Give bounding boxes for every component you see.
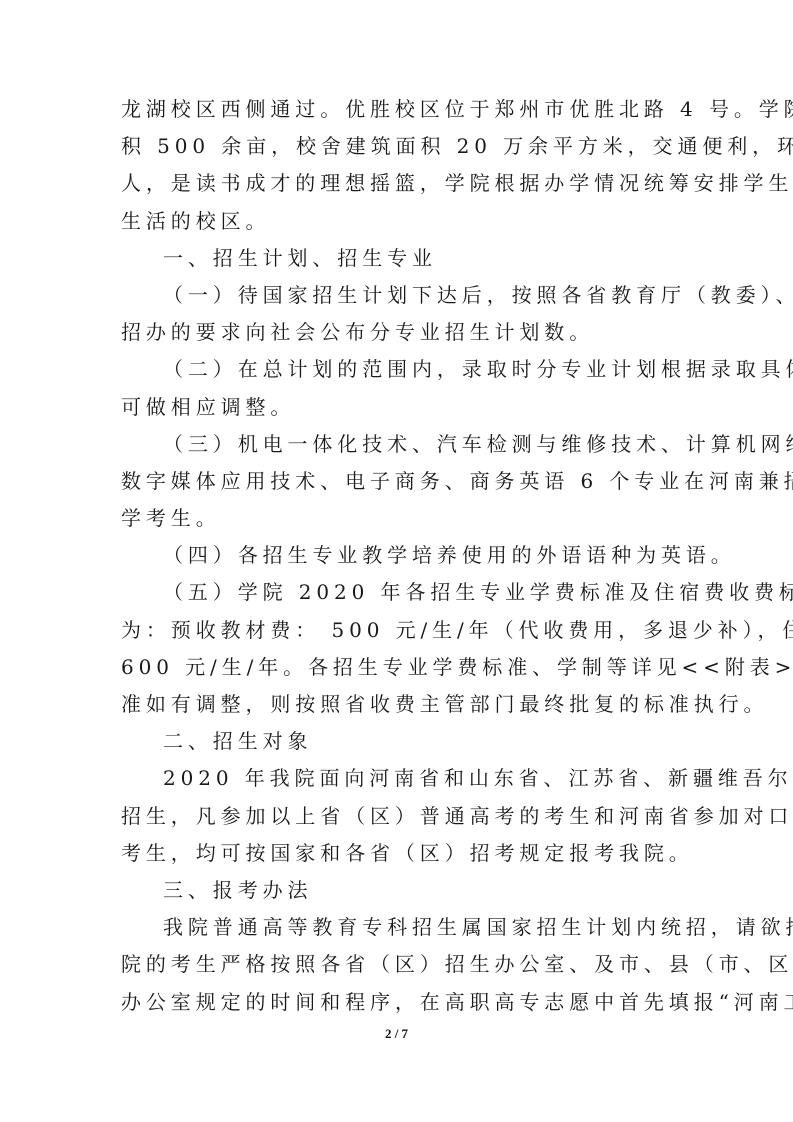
text-line: 我院普通高等教育专科招生属国家招生计划内统招，请欲报考我 <box>121 909 675 946</box>
document-body: 龙湖校区西侧通过。优胜校区位于郑州市优胜北路 4 号。学院占地面积 500 余亩… <box>121 91 675 1021</box>
text-line: （四）各招生专业教学培养使用的外语语种为英语。 <box>121 537 675 574</box>
text-line: 积 500 余亩，校舍建筑面积 20 万余平方米，交通便利，环境优美怡 <box>121 128 675 165</box>
text-line: 招生，凡参加以上省（区）普通高考的考生和河南省参加对口升学的 <box>121 798 675 835</box>
text-line: 考生，均可按国家和各省（区）招考规定报考我院。 <box>121 835 675 872</box>
text-line: （三）机电一体化技术、汽车检测与维修技术、计算机网络技术、 <box>121 426 675 463</box>
page-number: 2 / 7 <box>0 1026 793 1042</box>
text-line: 龙湖校区西侧通过。优胜校区位于郑州市优胜北路 4 号。学院占地面 <box>121 91 675 128</box>
text-line: 600 元/生/年。各招生专业学费标准、学制等详见<<附表>>，收费标 <box>121 649 675 686</box>
text-line: 招办的要求向社会公布分专业招生计划数。 <box>121 314 675 351</box>
text-line: （五）学院 2020 年各招生专业学费标准及住宿费收费标准暂定 <box>121 574 675 611</box>
text-line: （一）待国家招生计划下达后，按照各省教育厅（教委）、省级 <box>121 277 675 314</box>
section-heading-line: 二、招生对象 <box>121 723 675 760</box>
text-line: 院的考生严格按照各省（区）招生办公室、及市、县（市、区）招生 <box>121 946 675 983</box>
text-line: 准如有调整，则按照省收费主管部门最终批复的标准执行。 <box>121 686 675 723</box>
text-line: 2020 年我院面向河南省和山东省、江苏省、新疆维吾尔自治区 <box>121 760 675 797</box>
section-heading-line: 三、报考办法 <box>121 872 675 909</box>
section-heading-line: 一、招生计划、招生专业 <box>121 240 675 277</box>
text-line: （二）在总计划的范围内，录取时分专业计划根据录取具体情况 <box>121 351 675 388</box>
text-line: 为：预收教材费： 500 元/生/年（代收费用，多退少补），住宿费 <box>121 612 675 649</box>
text-line: 可做相应调整。 <box>121 389 675 426</box>
text-line: 学考生。 <box>121 500 675 537</box>
text-line: 人，是读书成才的理想摇篮，学院根据办学情况统筹安排学生学习和 <box>121 165 675 202</box>
text-line: 办公室规定的时间和程序，在高职高专志愿中首先填报“河南工业贸 <box>121 984 675 1021</box>
text-line: 生活的校区。 <box>121 203 675 240</box>
text-line: 数字媒体应用技术、电子商务、商务英语 6 个专业在河南兼招对口升 <box>121 463 675 500</box>
document-page: 龙湖校区西侧通过。优胜校区位于郑州市优胜北路 4 号。学院占地面积 500 余亩… <box>0 0 793 1122</box>
